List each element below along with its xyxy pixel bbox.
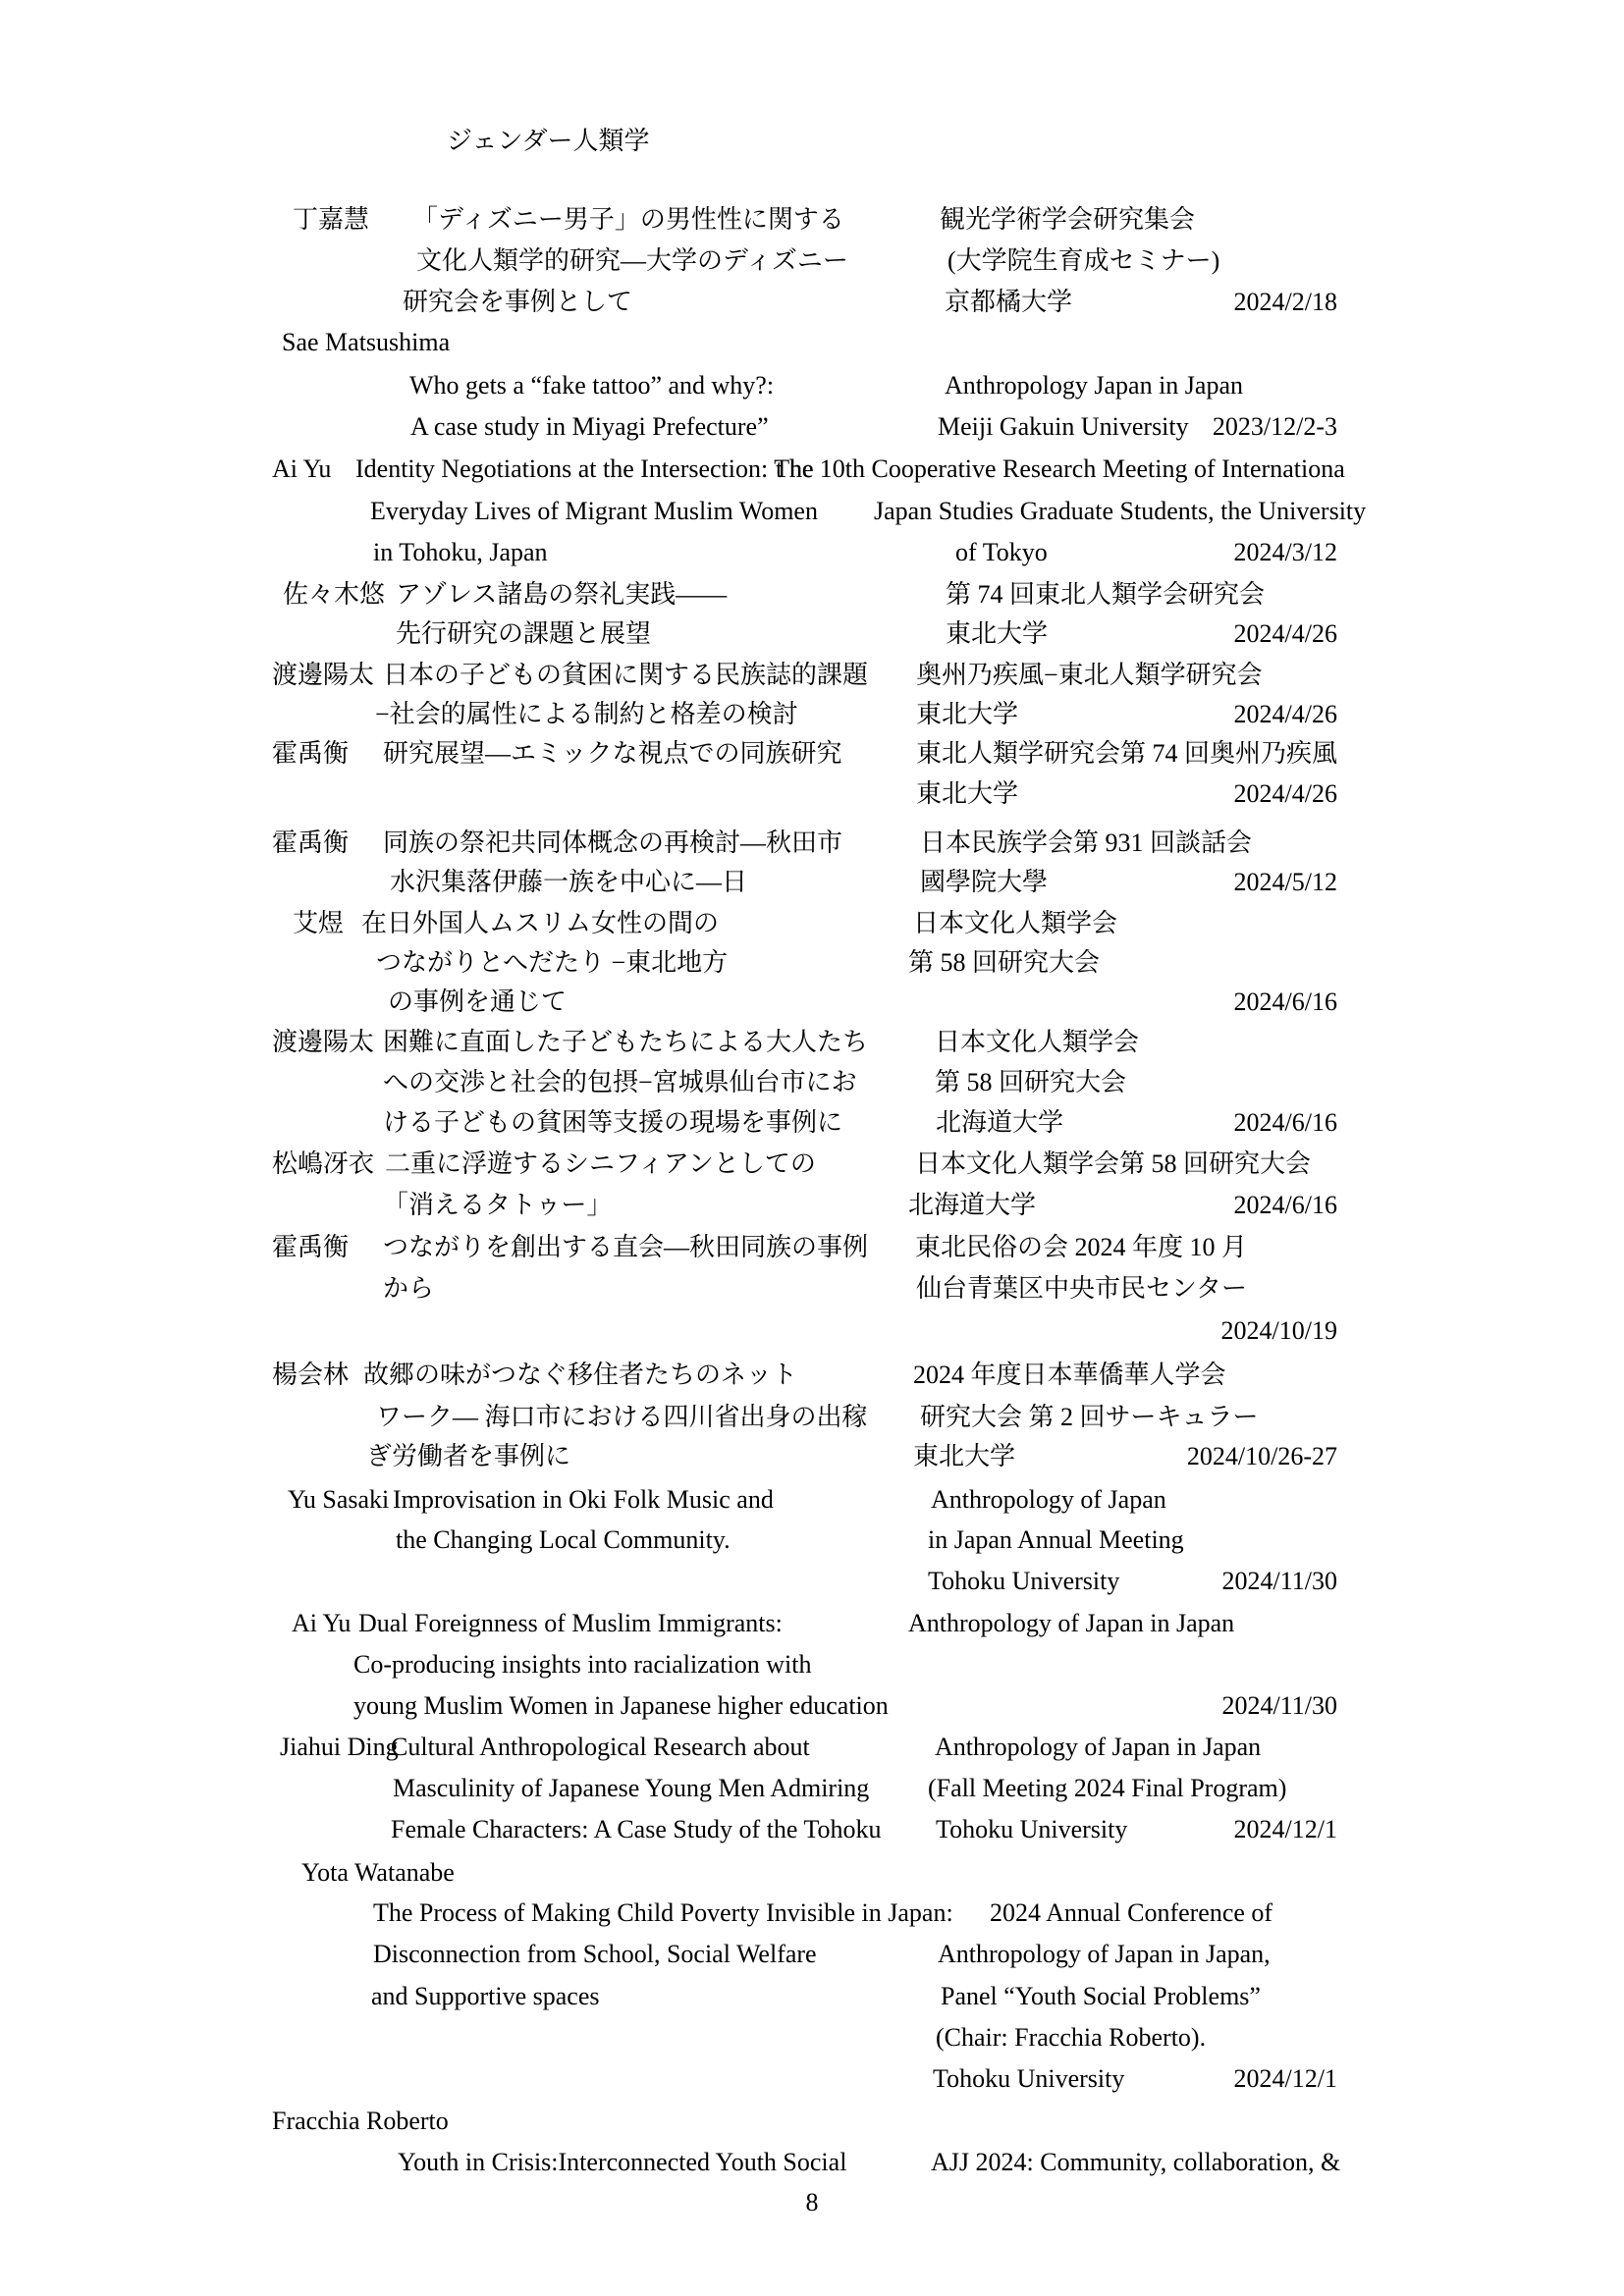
entry-author: 佐々木悠 bbox=[283, 579, 385, 611]
entry-title-line: and Supportive spaces bbox=[371, 1981, 600, 2012]
entry-venue-line: 仙台青葉区中央市民センター bbox=[916, 1273, 1247, 1305]
entry-title-line: 在日外国人ムスリム女性の間の bbox=[361, 908, 719, 939]
entry-venue-line: (Fall Meeting 2024 Final Program) bbox=[928, 1773, 1286, 1804]
entry-venue-line: (Chair: Fracchia Roberto). bbox=[936, 2022, 1206, 2054]
entry-date: 2024/11/30 bbox=[1043, 1690, 1337, 1722]
entry-title-line: 文化人類学的研究—大学のディズニー bbox=[416, 245, 848, 277]
entry-title-line: つながりとへだたり −東北地方 bbox=[376, 947, 728, 979]
entry-title-line: つながりを創出する直会—秋田同族の事例 bbox=[383, 1232, 868, 1263]
entry-title-line: in Tohoku, Japan bbox=[373, 537, 548, 568]
entry-venue-line: 東北大学 bbox=[916, 699, 1018, 730]
entry-title-line: the Changing Local Community. bbox=[396, 1524, 731, 1556]
entry-title-line: 同族の祭祀共同体概念の再検討—秋田市 bbox=[383, 828, 842, 859]
entry-title-line: A case study in Miyagi Prefecture” bbox=[410, 411, 769, 443]
entry-title-line: アゾレス諸島の祭礼実践―― bbox=[396, 579, 727, 611]
entry-title-line: Disconnection from School, Social Welfar… bbox=[373, 1939, 817, 1970]
entry-title-line: 二重に浮遊するシニフィアンとしての bbox=[385, 1148, 816, 1180]
entry-title-line: 故郷の味がつなぐ移住者たちのネット bbox=[363, 1360, 797, 1391]
entry-author: Fracchia Roberto bbox=[272, 2106, 449, 2137]
entry-venue-line: 日本民族学会第 931 回談話会 bbox=[920, 828, 1252, 859]
entry-venue-line: Anthropology of Japan in Japan bbox=[935, 1732, 1261, 1763]
entry-venue-line: AJJ 2024: Community, collaboration, & bbox=[931, 2147, 1340, 2178]
entry-title-line: Dual Foreignness of Muslim Immigrants: bbox=[358, 1608, 783, 1639]
entry-title-line: young Muslim Women in Japanese higher ed… bbox=[353, 1690, 889, 1722]
entry-title-line: ワーク— 海口市における四川省出身の出稼 bbox=[376, 1402, 868, 1433]
entry-venue-line: 國學院大學 bbox=[920, 867, 1048, 898]
entry-venue-line: 観光学術学会研究集会 bbox=[940, 204, 1195, 236]
entry-author: 渡邊陽太 bbox=[272, 1027, 374, 1058]
entry-venue-line: 東北大学 bbox=[916, 778, 1018, 810]
entry-venue-line: 奥州乃疾風−東北人類学研究会 bbox=[916, 660, 1263, 691]
entry-venue-line: 東北大学 bbox=[946, 618, 1048, 650]
entry-date: 2024/11/30 bbox=[1043, 1566, 1337, 1597]
entry-title-line: 研究展望—エミックな視点での同族研究 bbox=[383, 738, 841, 770]
entry-date: 2023/12/2-3 bbox=[1043, 411, 1337, 443]
entry-venue-line: Anthropology Japan in Japan bbox=[945, 370, 1243, 401]
entry-venue-line: Anthropology of Japan in Japan, bbox=[938, 1939, 1271, 1970]
entry-venue-line: 日本文化人類学会第 58 回研究大会 bbox=[915, 1148, 1311, 1180]
entry-date: 2024/12/1 bbox=[1043, 1814, 1337, 1845]
entry-author: 霍禹衡 bbox=[272, 738, 349, 770]
entry-venue-line: Anthropology of Japan bbox=[931, 1484, 1166, 1516]
entry-author: 霍禹衡 bbox=[272, 828, 349, 859]
entry-date: 2024/12/1 bbox=[1043, 2063, 1337, 2095]
entry-venue-line: 日本文化人類学会 bbox=[935, 1027, 1139, 1058]
entry-venue-line: in Japan Annual Meeting bbox=[928, 1524, 1184, 1556]
entry-title-line: への交渉と社会的包摂−宮城県仙台市にお bbox=[383, 1067, 857, 1098]
entry-date: 2024/6/16 bbox=[1043, 1190, 1337, 1221]
entry-title-line: Identity Negotiations at the Intersectio… bbox=[355, 454, 814, 485]
entry-date: 2024/4/26 bbox=[1043, 778, 1337, 810]
entry-venue-line: 2024 年度日本華僑華人学会 bbox=[913, 1360, 1226, 1391]
entry-date: 2024/10/26-27 bbox=[1043, 1441, 1337, 1472]
page-number: 8 bbox=[0, 2187, 1624, 2218]
entry-title-line: Masculinity of Japanese Young Men Admiri… bbox=[393, 1773, 869, 1804]
entry-title-line: Who gets a “fake tattoo” and why?: bbox=[409, 370, 774, 401]
entry-date: 2024/4/26 bbox=[1043, 699, 1337, 730]
entry-venue-line: 研究大会 第 2 回サーキュラー bbox=[920, 1402, 1259, 1433]
entry-author: Yu Sasaki bbox=[288, 1484, 389, 1516]
entry-author: Jiahui Ding bbox=[280, 1732, 399, 1763]
entry-title-line: −社会的属性による制約と格差の検討 bbox=[375, 699, 798, 730]
entry-date: 2024/6/16 bbox=[1043, 1107, 1337, 1139]
entry-title-line: 日本の子どもの貧困に関する民族誌的課題 bbox=[383, 660, 868, 691]
entry-author: 楊会林 bbox=[272, 1360, 349, 1391]
entry-title-line: 先行研究の課題と展望 bbox=[396, 618, 651, 650]
entry-title-line: 水沢集落伊藤一族を中心に—日 bbox=[390, 867, 747, 898]
entry-date: 2024/2/18 bbox=[1043, 287, 1337, 318]
entry-venue-line: 東北大学 bbox=[913, 1441, 1015, 1472]
entry-date: 2024/3/12 bbox=[1043, 537, 1337, 568]
entry-title-line: から bbox=[383, 1273, 434, 1305]
entry-author: 霍禹衡 bbox=[272, 1232, 349, 1263]
entry-title-line: ぎ労働者を事例に bbox=[366, 1441, 570, 1472]
entry-author: 艾煜 bbox=[293, 908, 344, 939]
entry-title-line: 研究会を事例として bbox=[403, 287, 632, 318]
entry-author: 渡邊陽太 bbox=[272, 660, 374, 691]
entry-author: 丁嘉慧 bbox=[293, 204, 369, 236]
entry-date: 2024/10/19 bbox=[1043, 1315, 1337, 1347]
entry-venue-line: t he 10th Cooperative Research Meeting o… bbox=[776, 454, 1345, 485]
entry-title-line: の事例を通じて bbox=[388, 987, 567, 1018]
entry-venue-line: Japan Studies Graduate Students, the Uni… bbox=[874, 496, 1366, 527]
entry-title-line: Everyday Lives of Migrant Muslim Women bbox=[370, 496, 818, 527]
entry-date: 2024/4/26 bbox=[1043, 618, 1337, 650]
entry-author: Ai Yu bbox=[272, 454, 331, 485]
entry-title-line: The Process of Making Child Poverty Invi… bbox=[373, 1897, 953, 1929]
entry-title-line: 「消えるタトゥー」 bbox=[383, 1190, 612, 1221]
entry-title-line: Youth in Crisis:Interconnected Youth Soc… bbox=[398, 2147, 846, 2178]
section-header: ジェンダー人類学 bbox=[447, 126, 649, 157]
entry-author: Ai Yu bbox=[292, 1608, 351, 1639]
entry-date: 2024/5/12 bbox=[1043, 867, 1337, 898]
entry-venue-line: (大学院生育成セミナー) bbox=[947, 245, 1219, 277]
entry-venue-line: 東北民俗の会 2024 年度 10 月 bbox=[915, 1232, 1247, 1263]
entry-venue-line: 第 58 回研究大会 bbox=[935, 1067, 1126, 1098]
entry-title-line: Cultural Anthropological Research about bbox=[391, 1732, 810, 1763]
entry-title-line: 困難に直面した子どもたちによる大人たち bbox=[383, 1027, 868, 1058]
entry-title-line: 「ディズニー男子」の男性性に関する bbox=[412, 204, 844, 236]
entry-title-line: Improvisation in Oki Folk Music and bbox=[393, 1484, 774, 1516]
entry-venue-line: 第 74 回東北人類学会研究会 bbox=[946, 579, 1265, 611]
entry-title-line: Female Characters: A Case Study of the T… bbox=[391, 1814, 882, 1845]
entry-venue-line: Panel “Youth Social Problems” bbox=[941, 1981, 1261, 2012]
entry-author: Yota Watanabe bbox=[301, 1857, 455, 1889]
entry-venue-line: 2024 Annual Conference of bbox=[990, 1897, 1272, 1929]
entry-venue-line: 北海道大学 bbox=[908, 1190, 1036, 1221]
entry-venue-line: 第 58 回研究大会 bbox=[908, 947, 1100, 979]
entry-venue-line: 東北人類学研究会第 74 回奥州乃疾風 bbox=[916, 738, 1337, 770]
entry-date: 2024/6/16 bbox=[1043, 987, 1337, 1018]
entry-venue-line: of Tokyo bbox=[955, 537, 1048, 568]
document-page: ジェンダー人類学 丁嘉慧 「ディズニー男子」の男性性に関する 観光学術学会研究集… bbox=[0, 0, 1624, 2296]
entry-venue-line: 日本文化人類学会 bbox=[913, 908, 1117, 939]
entry-author: 松嶋冴衣 bbox=[272, 1148, 374, 1180]
entry-venue-line: Anthropology of Japan in Japan bbox=[908, 1608, 1234, 1639]
entry-author: Sae Matsushima bbox=[282, 327, 450, 358]
entry-title-line: Co-producing insights into racialization… bbox=[353, 1649, 811, 1681]
entry-title-line: ける子どもの貧困等支援の現場を事例に bbox=[383, 1107, 842, 1139]
